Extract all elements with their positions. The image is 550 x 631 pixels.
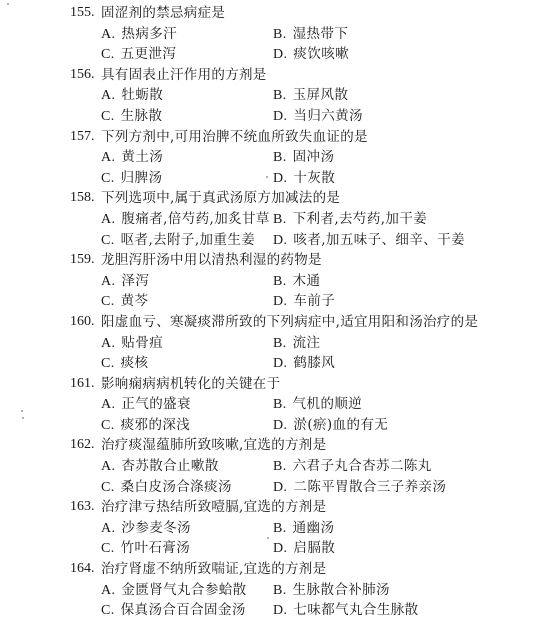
answer-option: A.黄土汤 (101, 147, 163, 169)
question-stem-row: 163.治疗津亏热结所致噎膈,宜选的方剂是 (0, 497, 550, 518)
options-row: A.热病多汗B.湿热带下 (0, 24, 550, 45)
answer-option: D.痰饮咳嗽 (273, 44, 349, 66)
question-number: 155. (70, 3, 95, 24)
options-row: C.五更泄泻D.痰饮咳嗽 (0, 44, 550, 65)
question-number: 163. (70, 497, 95, 518)
option-label: A. (101, 521, 115, 536)
question-stem: 具有固表止汗作用的方剂是 (101, 65, 267, 86)
answer-option: B.固冲汤 (273, 147, 334, 169)
answer-option: C.桑白皮汤合涤痰汤 (101, 477, 232, 499)
options-row: A.沙参麦冬汤B.通幽汤 (0, 518, 550, 539)
option-text: 归脾汤 (121, 170, 163, 186)
question-stem: 影响痫病病机转化的关键在于 (101, 374, 280, 395)
option-text: 腹痛者,倍芍药,加炙甘草 (121, 211, 269, 227)
question-block: 157.下列方剂中,可用治脾不统血所致失血证的是A.黄土汤B.固冲汤C.归脾汤D… (0, 127, 550, 189)
option-text: 湿热带下 (293, 26, 349, 42)
option-text: 保真汤合百合固金汤 (121, 602, 246, 618)
option-label: D. (273, 603, 287, 618)
question-block: 155.固涩剂的禁忌病症是A.热病多汗B.湿热带下C.五更泄泻D.痰饮咳嗽 (0, 3, 550, 65)
answer-option: B.生脉散合补肺汤 (273, 580, 390, 602)
answer-option: B.玉屏风散 (273, 85, 348, 107)
option-text: 鹤膝风 (293, 355, 335, 371)
question-stem: 治疗津亏热结所致噎膈,宜选的方剂是 (101, 497, 326, 518)
answer-option: B.流注 (273, 333, 320, 355)
option-text: 淤(瘀)血的有无 (293, 417, 388, 433)
option-label: B. (273, 27, 287, 42)
question-number: 159. (70, 250, 95, 271)
answer-option: B.通幽汤 (273, 518, 334, 540)
answer-option: D.鹤膝风 (273, 353, 335, 375)
question-stem: 治疗肾虚不纳所致喘证,宜选的方剂是 (101, 559, 326, 580)
answer-option: D.启膈散 (273, 538, 335, 560)
answer-option: D.十灰散 (273, 168, 335, 190)
options-row: A.黄土汤B.固冲汤 (0, 147, 550, 168)
option-text: 十灰散 (293, 170, 335, 186)
option-text: 七味都气丸合生脉散 (293, 602, 418, 618)
question-stem-row: 161.影响痫病病机转化的关键在于 (0, 374, 550, 395)
option-label: B. (273, 336, 287, 351)
option-label: C. (101, 47, 115, 62)
options-row: C.归脾汤D.十灰散 (0, 168, 550, 189)
question-number: 158. (70, 188, 95, 209)
option-label: C. (101, 541, 115, 556)
option-text: 车前子 (293, 293, 335, 309)
options-row: A.杏苏散合止嗽散B.六君子丸合杏苏二陈丸 (0, 456, 550, 477)
option-label: A. (101, 212, 115, 227)
options-row: A.牡蛎散B.玉屏风散 (0, 85, 550, 106)
question-block: 156.具有固表止汗作用的方剂是A.牡蛎散B.玉屏风散C.生脉散D.当归六黄汤 (0, 65, 550, 127)
answer-option: D.车前子 (273, 291, 335, 313)
option-label: C. (101, 356, 115, 371)
option-label: C. (101, 233, 115, 248)
option-label: A. (101, 336, 115, 351)
question-stem-row: 162.治疗痰湿蕴肺所致咳嗽,宜选的方剂是 (0, 435, 550, 456)
question-number: 162. (70, 435, 95, 456)
option-text: 木通 (293, 273, 321, 289)
scan-speck (7, 3, 9, 5)
option-text: 二陈平胃散合三子养亲汤 (293, 479, 446, 495)
question-stem: 下列方剂中,可用治脾不统血所致失血证的是 (101, 127, 368, 148)
options-row: C.呕者,去附子,加重生姜D.咳者,加五味子、细辛、干姜 (0, 230, 550, 251)
option-label: C. (101, 294, 115, 309)
option-label: C. (101, 603, 115, 618)
options-row: A.泽泻B.木通 (0, 271, 550, 292)
option-label: C. (101, 171, 115, 186)
options-row: A.正气的盛衰B.气机的顺逆 (0, 394, 550, 415)
option-label: C. (101, 480, 115, 495)
answer-option: C.保真汤合百合固金汤 (101, 600, 246, 622)
question-block: 161.影响痫病病机转化的关键在于A.正气的盛衰B.气机的顺逆C.痰邪的深浅D.… (0, 374, 550, 436)
options-row: A.贴骨疽B.流注 (0, 333, 550, 354)
answer-option: C.归脾汤 (101, 168, 162, 190)
answer-option: B.下利者,去芍药,加干姜 (273, 209, 427, 231)
option-label: A. (101, 274, 115, 289)
scan-speck (266, 176, 268, 178)
question-stem-row: 158.下列选项中,属于真武汤原方加减法的是 (0, 188, 550, 209)
option-label: D. (273, 480, 287, 495)
question-stem-row: 164.治疗肾虚不纳所致喘证,宜选的方剂是 (0, 559, 550, 580)
answer-option: D.当归六黄汤 (273, 106, 363, 128)
options-row: C.生脉散D.当归六黄汤 (0, 106, 550, 127)
option-label: A. (101, 150, 115, 165)
option-text: 杏苏散合止嗽散 (121, 458, 218, 474)
option-label: C. (101, 109, 115, 124)
answer-option: D.七味都气丸合生脉散 (273, 600, 419, 622)
scan-speck (21, 410, 23, 412)
answer-option: A.热病多汗 (101, 24, 177, 46)
answer-option: A.金匮肾气丸合参蛤散 (101, 580, 247, 602)
question-block: 160.阳虚血亏、寒凝痰滞所致的下列病症中,适宜用阳和汤治疗的是A.贴骨疽B.流… (0, 312, 550, 374)
answer-option: C.五更泄泻 (101, 44, 176, 66)
option-text: 当归六黄汤 (293, 108, 363, 124)
answer-option: B.六君子丸合杏苏二陈丸 (273, 456, 432, 478)
option-text: 六君子丸合杏苏二陈丸 (293, 458, 432, 474)
option-text: 黄土汤 (121, 149, 163, 165)
answer-option: C.呕者,去附子,加重生姜 (101, 230, 255, 252)
option-text: 痰核 (121, 355, 149, 371)
option-label: D. (273, 171, 287, 186)
question-stem-row: 156.具有固表止汗作用的方剂是 (0, 65, 550, 86)
option-text: 泽泻 (121, 273, 149, 289)
option-text: 下利者,去芍药,加干姜 (293, 211, 427, 227)
options-row: C.痰邪的深浅D.淤(瘀)血的有无 (0, 415, 550, 436)
option-text: 金匮肾气丸合参蛤散 (121, 582, 246, 598)
option-label: B. (273, 88, 287, 103)
question-stem: 固涩剂的禁忌病症是 (101, 3, 225, 24)
question-number: 160. (70, 312, 95, 333)
question-block: 163.治疗津亏热结所致噎膈,宜选的方剂是A.沙参麦冬汤B.通幽汤C.竹叶石膏汤… (0, 497, 550, 559)
option-label: B. (273, 583, 287, 598)
answer-option: A.泽泻 (101, 271, 149, 293)
answer-option: A.贴骨疽 (101, 333, 163, 355)
options-row: C.痰核D.鹤膝风 (0, 353, 550, 374)
answer-option: C.痰邪的深浅 (101, 415, 190, 437)
option-label: A. (101, 27, 115, 42)
option-label: A. (101, 397, 115, 412)
option-label: B. (273, 274, 287, 289)
options-row: C.桑白皮汤合涤痰汤D.二陈平胃散合三子养亲汤 (0, 477, 550, 498)
option-text: 沙参麦冬汤 (121, 520, 191, 536)
option-text: 五更泄泻 (121, 46, 177, 62)
answer-option: A.牡蛎散 (101, 85, 163, 107)
option-text: 呕者,去附子,加重生姜 (121, 232, 255, 248)
option-label: C. (101, 418, 115, 433)
option-label: B. (273, 212, 287, 227)
option-text: 启膈散 (293, 540, 335, 556)
answer-option: C.竹叶石膏汤 (101, 538, 190, 560)
option-label: D. (273, 356, 287, 371)
question-block: 158.下列选项中,属于真武汤原方加减法的是A.腹痛者,倍芍药,加炙甘草B.下利… (0, 188, 550, 250)
option-text: 玉屏风散 (293, 87, 349, 103)
option-text: 固冲汤 (293, 149, 335, 165)
answer-option: D.咳者,加五味子、细辛、干姜 (273, 230, 465, 252)
options-row: A.腹痛者,倍芍药,加炙甘草B.下利者,去芍药,加干姜 (0, 209, 550, 230)
answer-option: A.沙参麦冬汤 (101, 518, 191, 540)
option-label: B. (273, 459, 287, 474)
question-stem-row: 155.固涩剂的禁忌病症是 (0, 3, 550, 24)
answer-option: B.湿热带下 (273, 24, 348, 46)
question-block: 162.治疗痰湿蕴肺所致咳嗽,宜选的方剂是A.杏苏散合止嗽散B.六君子丸合杏苏二… (0, 435, 550, 497)
option-label: A. (101, 583, 115, 598)
answer-option: C.生脉散 (101, 106, 162, 128)
option-text: 咳者,加五味子、细辛、干姜 (293, 232, 465, 248)
option-label: D. (273, 233, 287, 248)
option-text: 生脉散 (121, 108, 163, 124)
option-text: 正气的盛衰 (121, 396, 191, 412)
option-text: 竹叶石膏汤 (121, 540, 191, 556)
options-row: C.黄芩D.车前子 (0, 291, 550, 312)
option-label: D. (273, 47, 287, 62)
answer-option: D.二陈平胃散合三子养亲汤 (273, 477, 446, 499)
option-text: 贴骨疽 (121, 335, 163, 351)
question-stem: 治疗痰湿蕴肺所致咳嗽,宜选的方剂是 (101, 435, 326, 456)
answer-option: C.黄芩 (101, 291, 148, 313)
exam-page: 155.固涩剂的禁忌病症是A.热病多汗B.湿热带下C.五更泄泻D.痰饮咳嗽156… (0, 3, 550, 621)
question-stem: 下列选项中,属于真武汤原方加减法的是 (101, 188, 340, 209)
question-block: 164.治疗肾虚不纳所致喘证,宜选的方剂是A.金匮肾气丸合参蛤散B.生脉散合补肺… (0, 559, 550, 621)
question-number: 157. (70, 127, 95, 148)
option-label: D. (273, 418, 287, 433)
option-label: D. (273, 541, 287, 556)
options-row: C.竹叶石膏汤D.启膈散 (0, 538, 550, 559)
option-text: 痰饮咳嗽 (293, 46, 349, 62)
option-text: 热病多汗 (121, 26, 177, 42)
question-stem: 阳虚血亏、寒凝痰滞所致的下列病症中,适宜用阳和汤治疗的是 (101, 312, 478, 333)
answer-option: A.腹痛者,倍芍药,加炙甘草 (101, 209, 270, 231)
question-stem: 龙胆泻肝汤中用以清热利湿的药物是 (101, 250, 322, 271)
answer-option: C.痰核 (101, 353, 148, 375)
option-text: 桑白皮汤合涤痰汤 (121, 479, 232, 495)
option-text: 黄芩 (121, 293, 149, 309)
question-number: 156. (70, 65, 95, 86)
question-stem-row: 157.下列方剂中,可用治脾不统血所致失血证的是 (0, 127, 550, 148)
question-block: 159.龙胆泻肝汤中用以清热利湿的药物是A.泽泻B.木通C.黄芩D.车前子 (0, 250, 550, 312)
options-row: C.保真汤合百合固金汤D.七味都气丸合生脉散 (0, 600, 550, 621)
answer-option: B.气机的顺逆 (273, 394, 362, 416)
option-text: 通幽汤 (293, 520, 335, 536)
option-label: D. (273, 294, 287, 309)
option-text: 牡蛎散 (121, 87, 163, 103)
option-text: 生脉散合补肺汤 (293, 582, 390, 598)
answer-option: A.杏苏散合止嗽散 (101, 456, 219, 478)
question-stem-row: 159.龙胆泻肝汤中用以清热利湿的药物是 (0, 250, 550, 271)
option-text: 流注 (293, 335, 321, 351)
answer-option: A.正气的盛衰 (101, 394, 191, 416)
scan-speck (22, 417, 24, 419)
option-text: 痰邪的深浅 (121, 417, 191, 433)
question-number: 164. (70, 559, 95, 580)
option-label: B. (273, 150, 287, 165)
answer-option: D.淤(瘀)血的有无 (273, 415, 388, 437)
option-label: D. (273, 109, 287, 124)
option-label: B. (273, 397, 287, 412)
option-label: A. (101, 88, 115, 103)
option-label: B. (273, 521, 287, 536)
question-stem-row: 160.阳虚血亏、寒凝痰滞所致的下列病症中,适宜用阳和汤治疗的是 (0, 312, 550, 333)
answer-option: B.木通 (273, 271, 320, 293)
options-row: A.金匮肾气丸合参蛤散B.生脉散合补肺汤 (0, 580, 550, 601)
question-number: 161. (70, 374, 95, 395)
option-label: A. (101, 459, 115, 474)
scan-speck (267, 537, 269, 539)
option-text: 气机的顺逆 (293, 396, 363, 412)
